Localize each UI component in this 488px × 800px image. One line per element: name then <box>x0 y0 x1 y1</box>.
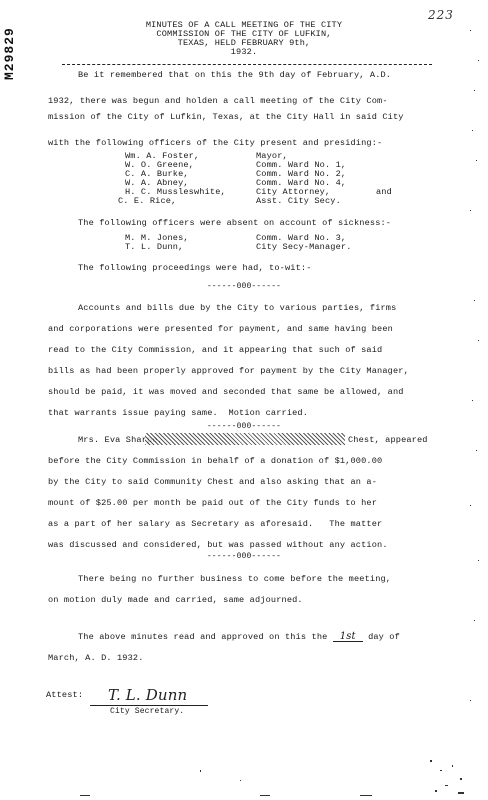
signature-line <box>90 705 208 706</box>
approval-date-line: March, A. D. 1932. <box>48 653 144 663</box>
paragraph-line: before the City Commission in behalf of … <box>48 456 382 466</box>
intro-line: 1932, there was begun and holden a call … <box>48 96 388 106</box>
paragraph-line: as a part of her salary as Secretary as … <box>48 519 382 529</box>
section-divider: ------000------ <box>0 282 488 291</box>
paragraph-line: mount of $25.00 per month be paid out of… <box>48 498 377 508</box>
approval-line: The above minutes read and approved on t… <box>78 632 400 642</box>
paragraph-line: that warrants issue paying same. Motion … <box>48 408 308 418</box>
absent-intro: The following officers were absent on ac… <box>78 218 391 228</box>
paragraph-line: by the City to said Community Chest and … <box>48 477 377 487</box>
officer-name: C. E. Rice, <box>118 196 176 206</box>
paragraph-line: There being no further business to come … <box>78 574 391 584</box>
officer-name: T. L. Dunn, <box>125 242 183 252</box>
obscured-text <box>145 433 345 445</box>
approval-day-field: 1st <box>333 632 363 642</box>
section-divider: ------000------ <box>0 422 488 431</box>
proceedings-intro: The following proceedings were had, to-w… <box>78 263 312 273</box>
intro-line: with the following officers of the City … <box>48 138 382 148</box>
approval-text-before: The above minutes read and approved on t… <box>78 632 327 642</box>
officer-title: City Secy-Manager. <box>256 242 352 252</box>
paragraph-line-end: Chest, appeared <box>348 435 428 445</box>
paragraph-line: bills as had been properly approved for … <box>48 366 409 376</box>
attest-label: Attest: <box>46 690 83 700</box>
title-line-4: 1932. <box>0 48 488 57</box>
intro-line: mission of the City of Lufkin, Texas, at… <box>48 112 404 122</box>
handwritten-page-number: 223 <box>428 8 454 22</box>
paragraph-line: read to the City Commission, and it appe… <box>48 345 382 355</box>
header-dashed-rule <box>62 64 432 65</box>
intro-line: Be it remembered that on this the 9th da… <box>78 70 391 80</box>
signature: T. L. Dunn <box>108 686 187 704</box>
paragraph-line: Accounts and bills due by the City to va… <box>78 303 396 313</box>
paragraph-line: was discussed and considered, but was pa… <box>48 540 388 550</box>
paragraph-line: should be paid, it was moved and seconde… <box>48 387 404 397</box>
section-divider: ------000------ <box>0 552 488 561</box>
officer-suffix: and <box>376 187 392 197</box>
approval-text-after: day of <box>368 632 400 642</box>
signature-caption: City Secretary. <box>110 707 184 716</box>
paragraph-line: and corporations were presented for paym… <box>48 324 393 334</box>
paragraph-line: on motion duly made and carried, same ad… <box>48 595 303 605</box>
officer-title: Asst. City Secy. <box>256 196 341 206</box>
